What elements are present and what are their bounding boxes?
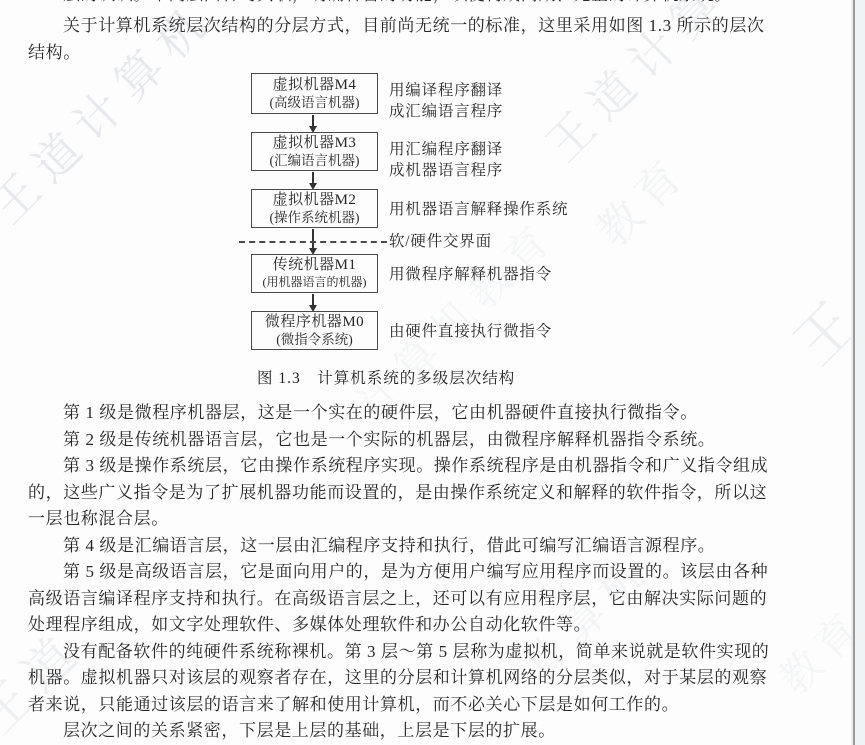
- page-gutter: [855, 0, 865, 745]
- body-text-line: 第 1 级是微程序机器层，这是一个实在的硬件层，它由机器硬件直接执行微指令。: [28, 400, 863, 426]
- body-text-line: 第 2 级是传统机器语言层，它也是一个实际的机器层，由微程序解释机器指令系统。: [28, 427, 863, 453]
- body-text-line: 机器。虚拟机器只对该层的观察者存在，这里的分层和计算机网络的分层类似，对于某层的…: [28, 665, 828, 691]
- divider-label: 软/硬件交界面: [389, 231, 492, 252]
- box-note-m1: 用微程序解释机器指令: [389, 264, 552, 285]
- body-text-line: 没有配备软件的纯硬件系统称裸机。第 3 层～第 5 层称为虚拟机，简单来说就是软…: [28, 639, 863, 665]
- box-subtitle: (操作系统机器): [252, 209, 377, 226]
- note-line: 成机器语言程序: [389, 160, 503, 181]
- box-subtitle: (高级语言机器): [252, 94, 377, 111]
- body-text-line: 第 4 级是汇编语言层，这一层由汇编程序支持和执行，借此可编写汇编语言源程序。: [28, 533, 863, 559]
- note-line: 用编译程序翻译: [389, 80, 503, 101]
- body-text-line: 者来说，只能通过该层的语言来了解和使用计算机，而不必关心下层是如何工作的。: [28, 692, 828, 718]
- down-arrow-icon: [312, 115, 314, 126]
- diagram-box-m4: 虚拟机器M4 (高级语言机器): [251, 73, 378, 114]
- sw-hw-boundary-dashed-line: [239, 241, 387, 243]
- box-subtitle: (用机器语言的机器): [252, 274, 377, 291]
- body-text-line: 的，这些广义指令是为了扩展机器功能而设置的，是由操作系统定义和解释的软件指令，所…: [28, 480, 828, 506]
- body-text-line: 处理程序组成，如文字处理软件、多媒体处理软件和办公自动化软件等。: [28, 612, 828, 638]
- down-arrow-icon: [312, 294, 314, 305]
- body-text-line: 第 5 级是高级语言层，它是面向用户的，是为方便用户编写应用程序而设置的。该层由…: [28, 559, 863, 585]
- watermark-text: 教育: [579, 137, 701, 259]
- paragraph-line: 关于计算机系统层次结构的分层方式，目前尚无统一的标准，这里采用如图 1.3 所示…: [28, 13, 863, 39]
- box-note-m4: 用编译程序翻译 成汇编语言程序: [389, 80, 503, 122]
- body-text-line: 高级语言编译程序支持和执行。在高级语言层之上，还可以有应用程序层，它由解决实际问…: [28, 586, 828, 612]
- figure-caption: 图 1.3 计算机系统的多级层次结构: [257, 366, 515, 388]
- box-note-m0: 由硬件直接执行微指令: [389, 321, 552, 342]
- down-arrow-icon: [312, 229, 314, 248]
- note-line: 用微程序解释机器指令: [389, 264, 552, 285]
- note-line: 成汇编语言程序: [389, 101, 503, 122]
- box-title: 虚拟机器M2: [252, 191, 377, 209]
- body-text-line: 第 3 级是操作系统层，它由操作系统程序实现。操作系统程序是由机器指令和广义指令…: [28, 453, 863, 479]
- diagram-box-m3: 虚拟机器M3 (汇编语言机器): [251, 132, 378, 171]
- box-subtitle: (微指令系统): [252, 331, 377, 348]
- paragraph-line: 结构。: [28, 40, 828, 66]
- note-line: 用汇编程序翻译: [389, 139, 503, 160]
- box-note-m2: 用机器语言解释操作系统: [389, 199, 568, 220]
- box-note-m3: 用汇编程序翻译 成机器语言程序: [389, 139, 503, 181]
- box-title: 虚拟机器M3: [252, 134, 377, 152]
- diagram-box-m0: 微程序机器M0 (微指令系统): [251, 311, 378, 350]
- page-edge-line: [853, 0, 855, 745]
- box-title: 传统机器M1: [252, 256, 377, 274]
- box-title: 虚拟机器M4: [252, 76, 377, 94]
- figure-hierarchy-diagram: 虚拟机器M4 (高级语言机器) 虚拟机器M3 (汇编语言机器) 虚拟机器M2 (…: [239, 73, 579, 393]
- diagram-box-m2: 虚拟机器M2 (操作系统机器): [251, 189, 378, 228]
- down-arrow-icon: [312, 172, 314, 183]
- note-line: 用机器语言解释操作系统: [389, 199, 568, 220]
- box-subtitle: (汇编语言机器): [252, 152, 377, 169]
- body-text-line: 层次之间的关系紧密，下层是上层的基础，上层是下层的扩展。: [28, 718, 863, 744]
- body-text-line: 一层也称混合层。: [28, 506, 828, 532]
- diagram-box-m1: 传统机器M1 (用机器语言的机器): [251, 254, 378, 293]
- note-line: 由硬件直接执行微指令: [389, 321, 552, 342]
- box-title: 微程序机器M0: [252, 313, 377, 331]
- clipped-text-line: 层的认识。不同层面各司其职，明确各自的功能，以便构成高效、完整的计算机系统。: [28, 0, 863, 5]
- document-page: 王道计算机 王道计算机 教育 计算机教育 王 计算机 王道 教育 层的认识。不同…: [0, 0, 865, 745]
